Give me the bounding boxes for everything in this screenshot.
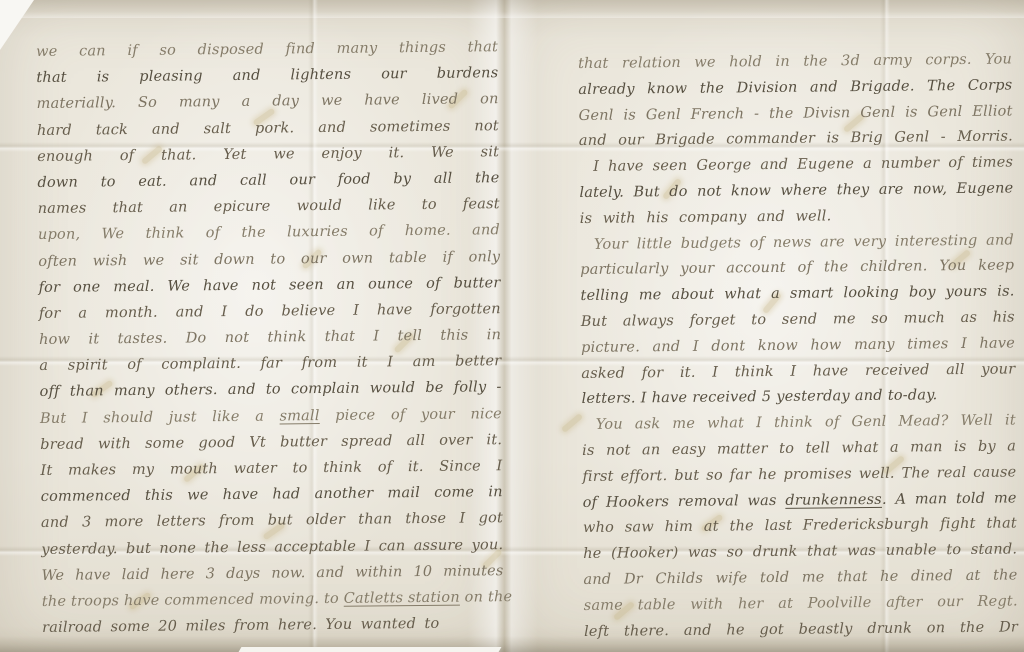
letter-text-right: that relation we hold in the 3d army cor… [578,51,1018,649]
letter-line: left there. and he got beastly drunk on … [584,619,1018,649]
letter-line: railroad some 20 miles from here. You wa… [42,616,440,646]
letter-line: asked for it. I think I have received al… [581,361,1015,391]
letter-line: lately. But do not know where they are n… [579,180,1013,210]
letter-line: letters. I have received 5 yesterday and… [582,388,938,418]
letter-scan: we can if so disposed find many things t… [0,0,1024,652]
letter-text-left: we can if so disposed find many things t… [36,39,504,646]
letter-line: is with his company and well. [580,208,832,236]
